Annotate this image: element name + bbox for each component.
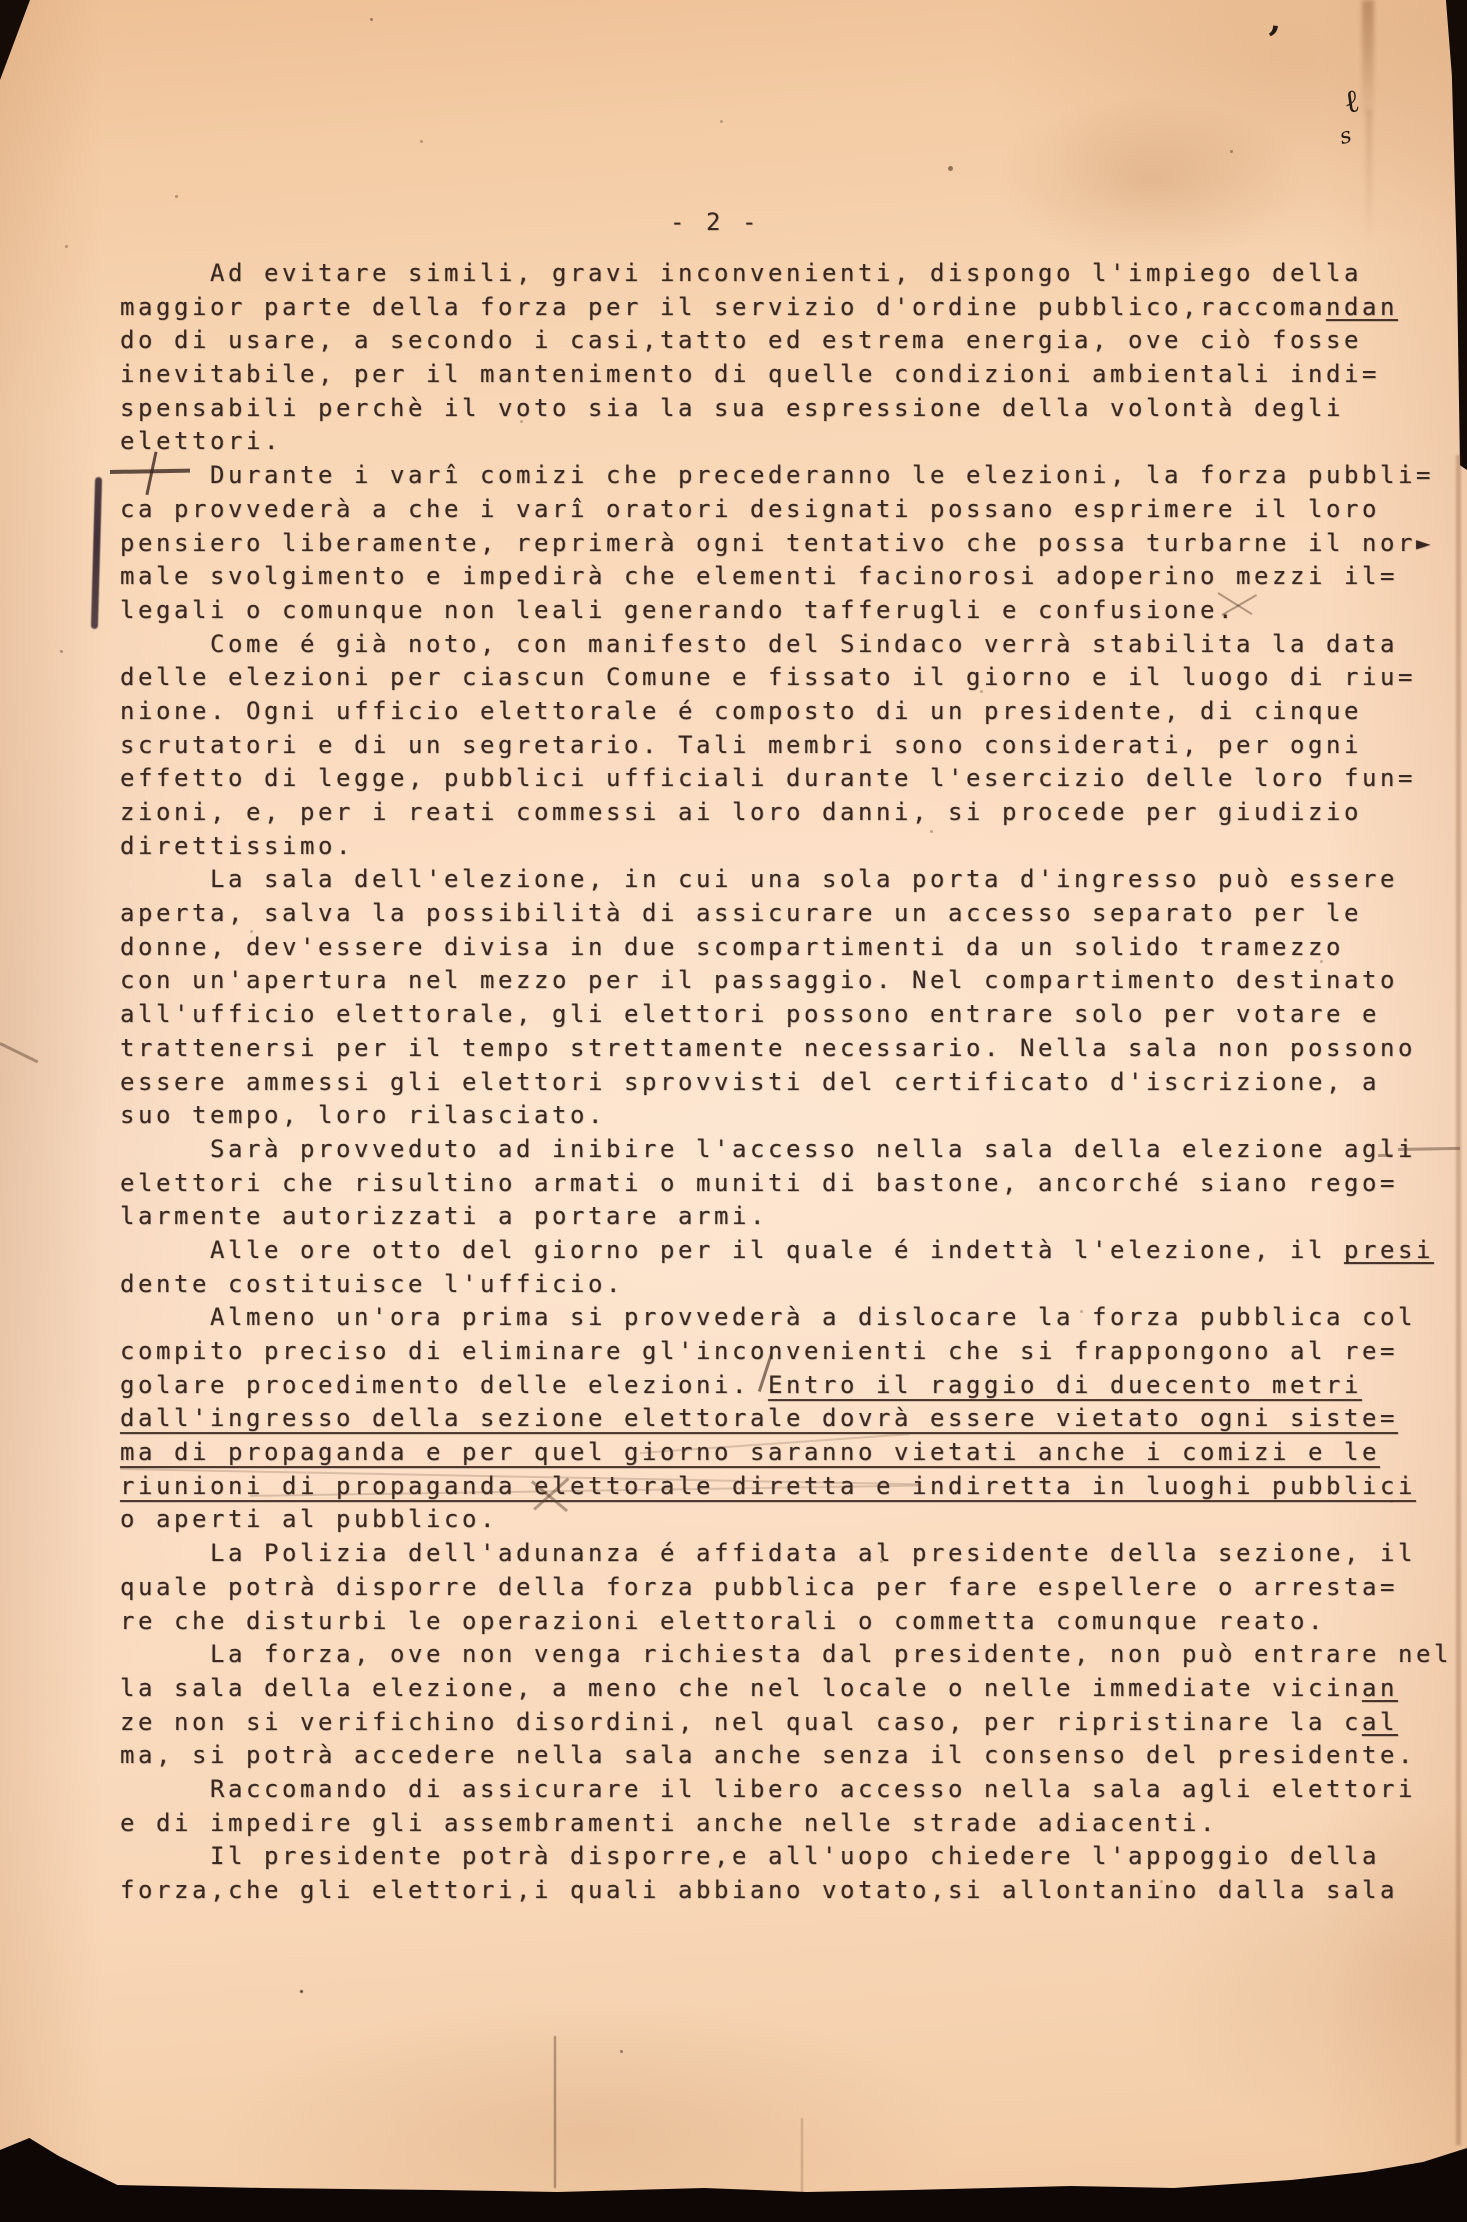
text-line: re che disturbi le operazioni elettorali…: [120, 1605, 1452, 1639]
bottom-crease-2: [801, 2118, 803, 2198]
scan-corner-top-left: [0, 0, 30, 80]
text-line: la sala della elezione, a meno che nel l…: [120, 1672, 1452, 1706]
text-line: Come é già noto, con manifesto del Sinda…: [120, 628, 1452, 662]
text-line: effetto di legge, pubblici ufficiali dur…: [120, 762, 1452, 796]
text-line: pensiero liberamente, reprimerà ogni ten…: [120, 527, 1452, 561]
text-line: legali o comunque non leali generando ta…: [120, 594, 1452, 628]
text-line: dente costituisce l'ufficio.: [120, 1268, 1452, 1302]
text-line: e di impedire gli assembramenti anche ne…: [120, 1807, 1452, 1841]
text-line: spensabili perchè il voto sia la sua esp…: [120, 392, 1452, 426]
text-line: Durante i varî comizi che precederanno l…: [120, 459, 1452, 493]
right-margin-dash-short: [1378, 1154, 1393, 1157]
text-line: direttissimo.: [120, 830, 1452, 864]
handwritten-s-mark: s: [1337, 123, 1354, 150]
typed-underlined-text: presi: [1344, 1236, 1434, 1264]
text-line: donne, dev'essere divisa in due scompart…: [120, 931, 1452, 965]
handwritten-script-l-mark: ℓ: [1341, 81, 1361, 121]
text-line: nione. Ogni ufficio elettorale é compost…: [120, 695, 1452, 729]
hand-underlined-text: ma di propaganda e per quel giorno saran…: [120, 1438, 1380, 1466]
text-line: ze non si verifichino disordini, nel qua…: [120, 1706, 1452, 1740]
stain-streak-top-right: [1362, 0, 1374, 115]
text-line: trattenersi per il tempo strettamente ne…: [120, 1032, 1452, 1066]
paper-specks: [370, 18, 373, 21]
scan-edge-bottom-torn: [0, 2122, 1467, 2222]
text-line: Sarà provveduto ad inibire l'accesso nel…: [120, 1133, 1452, 1167]
text-line: La Polizia dell'adunanza é affidata al p…: [120, 1537, 1452, 1571]
text-line: larmente autorizzati a portare armi.: [120, 1200, 1452, 1234]
text-line: delle elezioni per ciascun Comune e fiss…: [120, 661, 1452, 695]
hand-underlined-text: Entro il raggio di duecento metri: [768, 1371, 1362, 1399]
page-number: - 2 -: [670, 208, 760, 236]
text-line: golare procedimento delle elezioni. Entr…: [120, 1369, 1452, 1403]
paper-edge-right-shadow: [1456, 455, 1461, 2145]
ink-dot-near-header: [948, 166, 953, 171]
text-line: La forza, ove non venga richiesta dal pr…: [120, 1638, 1452, 1672]
scanned-document-page: - 2 - Ad evitare simili, gravi inconveni…: [0, 0, 1467, 2222]
text-line: dall'ingresso della sezione elettorale d…: [120, 1402, 1452, 1436]
left-edge-diagonal-mark: [0, 1042, 38, 1063]
text-line: zioni, e, per i reati commessi ai loro d…: [120, 796, 1452, 830]
text-line: compito preciso di eliminare gl'inconven…: [120, 1335, 1452, 1369]
hand-underlined-text: dall'ingresso della sezione elettorale d…: [120, 1404, 1398, 1432]
text-line: elettori che risultino armati o muniti d…: [120, 1167, 1452, 1201]
text-line: maggior parte della forza per il servizi…: [120, 291, 1452, 325]
text-line: Il presidente potrà disporre,e all'uopo …: [120, 1840, 1452, 1874]
typed-underlined-text: ndan: [1326, 293, 1398, 321]
text-line: suo tempo, loro rilasciato.: [120, 1099, 1452, 1133]
text-line: inevitabile, per il mantenimento di quel…: [120, 358, 1452, 392]
text-line: do di usare, a secondo i casi,tatto ed e…: [120, 324, 1452, 358]
text-line: essere ammessi gli elettori sprovvisti d…: [120, 1066, 1452, 1100]
text-line: o aperti al pubblico.: [120, 1503, 1452, 1537]
text-line: quale potrà disporre della forza pubblic…: [120, 1571, 1452, 1605]
document-lines: Ad evitare simili, gravi inconvenienti, …: [120, 257, 1452, 1908]
text-line: forza,che gli elettori,i quali abbiano v…: [120, 1874, 1452, 1908]
text-line: elettori.: [120, 425, 1452, 459]
text-line: Raccomando di assicurare il libero acces…: [120, 1773, 1452, 1807]
text-line: ca provvederà a che i varî oratori desig…: [120, 493, 1452, 527]
typed-underlined-text: al: [1362, 1708, 1398, 1736]
text-line: ma, si potrà accedere nella sala anche s…: [120, 1739, 1452, 1773]
handwritten-comma-mark: ,: [1268, 0, 1284, 41]
stain-streak-top-right-2: [1366, 110, 1372, 250]
text-line: male svolgimento e impedirà che elementi…: [120, 560, 1452, 594]
margin-ink-stroke: [91, 477, 102, 629]
text-line: La sala dell'elezione, in cui una sola p…: [120, 863, 1452, 897]
text-line: all'ufficio elettorale, gli elettori pos…: [120, 998, 1452, 1032]
text-line: Ad evitare simili, gravi inconvenienti, …: [120, 257, 1452, 291]
text-line: scrutatori e di un segretario. Tali memb…: [120, 729, 1452, 763]
text-line: Alle ore otto del giorno per il quale é …: [120, 1234, 1452, 1268]
text-line: con un'apertura nel mezzo per il passagg…: [120, 964, 1452, 998]
text-line: aperta, salva la possibilità di assicura…: [120, 897, 1452, 931]
bottom-crease-1: [554, 2036, 556, 2188]
typed-underlined-text: an: [1362, 1674, 1398, 1702]
text-line: Almeno un'ora prima si provvederà a disl…: [120, 1301, 1452, 1335]
